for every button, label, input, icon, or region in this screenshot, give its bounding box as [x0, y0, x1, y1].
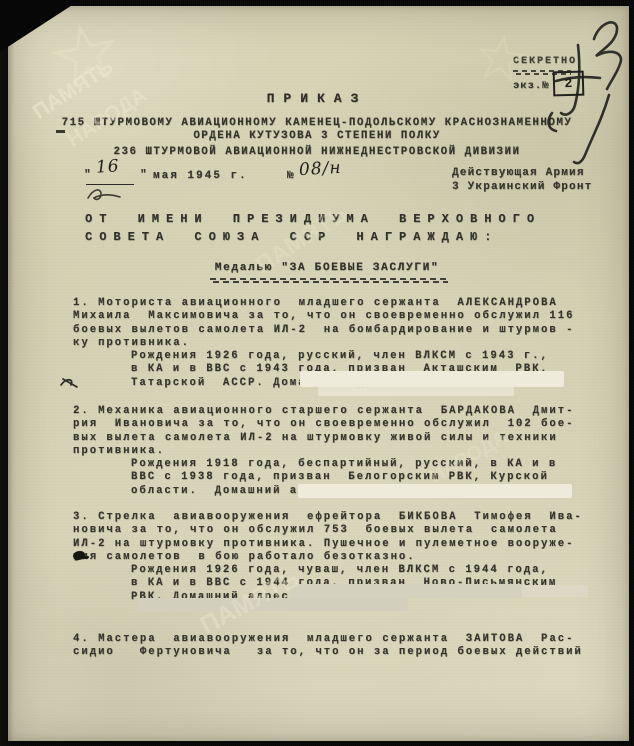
- redaction-bar: [138, 598, 408, 611]
- date-month-year: мая 1945 г.: [153, 170, 248, 182]
- handwritten-order-number: 08/н: [299, 158, 343, 180]
- redaction-bar: [298, 484, 572, 498]
- redaction-bar: [318, 387, 514, 396]
- watermark-star-icon: [478, 36, 524, 82]
- award-entry-3-main: 3. Стрелка авиавооружения ефрейтора БИКБ…: [73, 511, 603, 564]
- handwritten-date-day: 16: [95, 156, 120, 178]
- stray-typed-dash: [56, 130, 65, 133]
- scan-corner-shadow: [0, 0, 80, 52]
- order-recipient-line-1: 715 ШТУРМОВОМУ АВИАЦИОННОМУ КАМЕНЕЦ-ПОДО…: [0, 117, 634, 129]
- handwritten-squiggle: [86, 186, 126, 204]
- date-close-quote: ": [140, 169, 147, 181]
- redaction-bar: [522, 585, 588, 597]
- preamble-line-2: СОВЕТА СОЮЗА ССР НАГРАЖДАЮ:: [85, 230, 498, 244]
- medal-line-underline: [210, 278, 448, 284]
- scanned-order-page: ПАМЯТЬ НАРОДА ПАМЯТЬ ПАМЯТЬ НАРОДА СЕКРЕ…: [0, 0, 634, 746]
- award-entry-1-main: 1. Моториста авиационного младшего сержа…: [73, 297, 603, 350]
- left-edge-shadow: [0, 0, 14, 746]
- order-number-label: №: [287, 170, 294, 182]
- award-entry-4-main: 4. Мастера авиавооружения младшего сержа…: [73, 633, 603, 660]
- redaction-bar: [300, 371, 564, 387]
- order-recipient-line-3: 236 ШТУРМОВОЙ АВИАЦИОННОЙ НИЖНЕДНЕСТРОВС…: [0, 146, 634, 158]
- order-title: ПРИКАЗ: [0, 91, 634, 106]
- handwritten-page-mark: [540, 15, 634, 305]
- award-entry-2-main: 2. Механика авиационного старшего сержан…: [73, 405, 603, 458]
- preamble-line-1: ОТ ИМЕНИ ПРЕЗИДИУМА ВЕРХОВНОГО: [85, 212, 541, 226]
- order-recipient-line-2: ОРДЕНА КУТУЗОВА 3 СТЕПЕНИ ПОЛКУ: [0, 130, 634, 142]
- margin-check-mark: [58, 372, 84, 390]
- redaction-bar: [290, 584, 522, 598]
